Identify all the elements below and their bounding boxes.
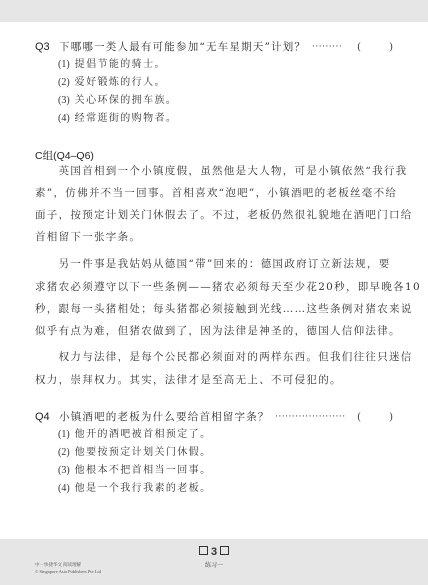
option-number: (2) xyxy=(58,77,70,88)
option-q3-3: (3)关心环保的拥车族。 xyxy=(58,93,177,109)
option-text: 经常逛街的购物者。 xyxy=(75,113,178,124)
answer-paren-open: ( xyxy=(357,409,361,425)
option-text: 爱好锻炼的行人。 xyxy=(75,77,166,88)
question-number: Q3 xyxy=(35,39,50,55)
option-number: (1) xyxy=(58,59,70,70)
answer-leader-dots: ····················· xyxy=(275,409,346,425)
copyright: © Singapore Asia Publishers Pte Ltd xyxy=(35,569,101,574)
option-q3-2: (2)爱好锻炼的行人。 xyxy=(58,75,166,91)
question-text: 小镇酒吧的老板为什么要给首相留字条？ xyxy=(59,409,270,425)
passage-line: 首相留下一张字条。 xyxy=(35,228,395,246)
passage-line: 素”，仿佛并不当一回事。首相喜欢“泡吧”，小镇酒吧的老板丝毫不给 xyxy=(35,184,395,202)
option-number: (4) xyxy=(58,113,70,124)
option-number: (4) xyxy=(58,483,70,494)
square-ornament-icon xyxy=(199,546,208,555)
option-text: 提倡节能的骑士。 xyxy=(75,59,166,70)
answer-paren-open: ( xyxy=(357,39,361,55)
top-margin-band xyxy=(0,0,428,22)
option-q4-2: (2)他要按预定计划关门休假。 xyxy=(58,445,211,461)
option-q4-1: (1)他开的酒吧被首相预定了。 xyxy=(58,427,211,443)
answer-leader-dots: ········· xyxy=(312,39,342,55)
option-q3-1: (1)提倡节能的骑士。 xyxy=(58,57,166,73)
passage-line: 面子，按预定计划关门休假去了。不过，老板仍然很礼貌地在酒吧门口给 xyxy=(35,206,395,224)
page-number: 3 xyxy=(193,546,235,558)
page-section-label: 练习一 xyxy=(193,560,235,569)
question-text: 下哪哪一类人最有可能参加“无车星期天”计划？ xyxy=(59,39,306,55)
section-title: C组(Q4–Q6) xyxy=(35,148,94,163)
passage-line: 另一件事是我姑妈从德国“带”回来的：德国政府订立新法规，要 xyxy=(35,255,395,273)
passage-line: 秒，跟每一头猪相处；每头猪都必须接触到光线……这些条例对猪农来说 xyxy=(35,300,395,318)
passage-line: 权力与法律，是每个公民都必须面对的两样东西。但我们往往只迷信 xyxy=(35,348,395,366)
square-ornament-icon xyxy=(220,546,229,555)
question-q3: Q3 下哪哪一类人最有可能参加“无车星期天”计划？ ········· ( ) xyxy=(35,39,397,55)
answer-paren-close: ) xyxy=(389,39,393,55)
passage-line: 似乎有点为难，但猪农做到了，因为法律是神圣的，德国人信仰法律。 xyxy=(35,322,395,340)
option-text: 关心环保的拥车族。 xyxy=(75,95,178,106)
option-q4-3: (3)他根本不把首相当一回事。 xyxy=(58,463,211,479)
option-number: (2) xyxy=(58,447,70,458)
option-text: 他根本不把首相当一回事。 xyxy=(75,465,212,476)
option-q3-4: (4)经常逛街的购物者。 xyxy=(58,111,177,127)
book-title: 中一快捷华文 阅读理解 xyxy=(35,562,81,568)
option-number: (3) xyxy=(58,465,70,476)
option-text: 他要按预定计划关门休假。 xyxy=(75,447,212,458)
page-number-value: 3 xyxy=(211,546,217,558)
passage-line: 英国首相到一个小镇度假，虽然他是大人物，可是小镇依然“我行我 xyxy=(35,162,395,180)
question-number: Q4 xyxy=(35,409,50,425)
passage-line: 权力，崇拜权力。其实，法律才是至高无上、不可侵犯的。 xyxy=(35,371,395,389)
option-q4-4: (4)他是一个我行我素的老板。 xyxy=(58,481,211,497)
question-q4: Q4 小镇酒吧的老板为什么要给首相留字条？ ··················… xyxy=(35,409,397,425)
option-number: (1) xyxy=(58,429,70,440)
passage-line: 求猪农必须遵守以下一些条例——猪农必须每天至少花20秒，即早晚各10 xyxy=(35,278,395,296)
option-number: (3) xyxy=(58,95,70,106)
answer-paren-close: ) xyxy=(389,409,393,425)
option-text: 他是一个我行我素的老板。 xyxy=(75,483,212,494)
option-text: 他开的酒吧被首相预定了。 xyxy=(75,429,212,440)
